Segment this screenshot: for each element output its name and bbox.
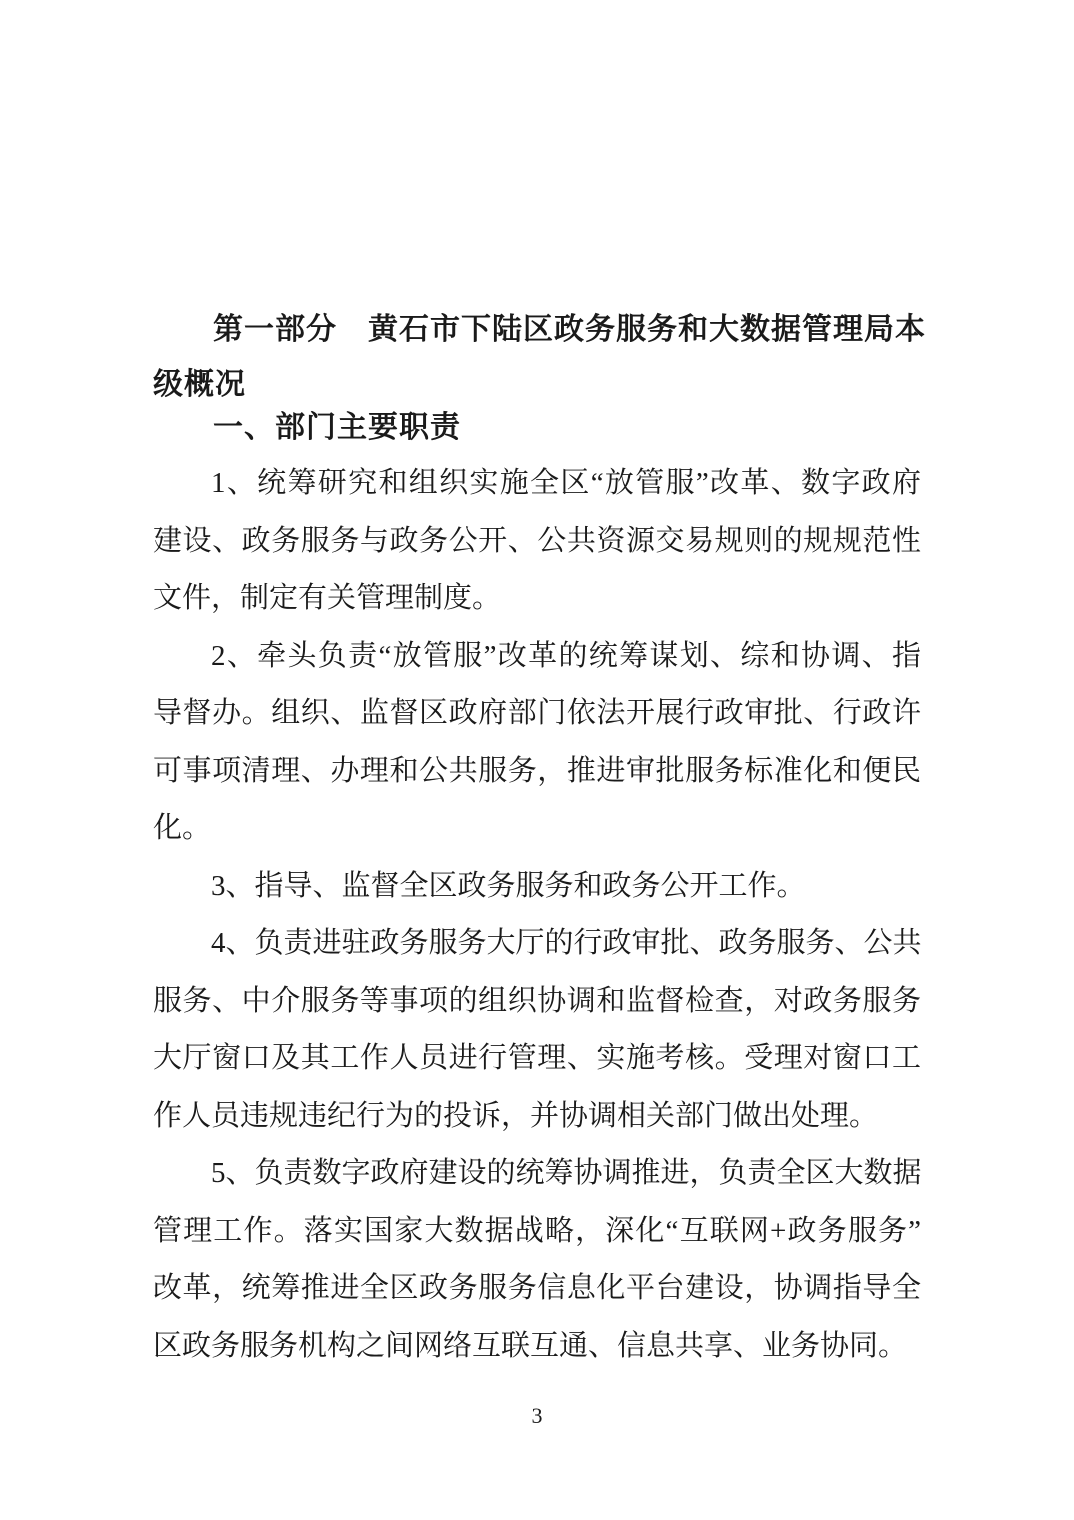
document-content: 第一部分 黄石市下陆区政务服务和大数据管理局本 级概况 一、部门主要职责 1、统… — [153, 302, 921, 1375]
body-paragraph: 5、负责数字政府建设的统筹协调推进，负责全区大数据 管理工作。落实国家大数据战略… — [153, 1145, 921, 1375]
document-page: 第一部分 黄石市下陆区政务服务和大数据管理局本 级概况 一、部门主要职责 1、统… — [0, 0, 1074, 1520]
paragraph-line: 3、指导、监督全区政务服务和政务公开工作。 — [153, 858, 921, 916]
paragraph-line: 建设、政务服务与政务公开、公共资源交易规则的规规范性 — [153, 513, 921, 571]
body-paragraph: 2、牵头负责“放管服”改革的统筹谋划、综和协调、指 导督办。组织、监督区政府部门… — [153, 628, 921, 858]
paragraph-line: 改革，统筹推进全区政务服务信息化平台建设，协调指导全 — [153, 1260, 921, 1318]
document-title: 第一部分 黄石市下陆区政务服务和大数据管理局本 级概况 — [153, 302, 921, 412]
section-heading: 一、部门主要职责 — [153, 400, 921, 455]
page-number: 3 — [0, 1403, 1074, 1429]
paragraph-line: 作人员违规违纪行为的投诉，并协调相关部门做出处理。 — [153, 1088, 921, 1146]
paragraph-line: 1、统筹研究和组织实施全区“放管服”改革、数字政府 — [153, 455, 921, 513]
title-line: 第一部分 黄石市下陆区政务服务和大数据管理局本 — [153, 302, 921, 357]
paragraph-line: 化。 — [153, 800, 921, 858]
paragraph-line: 4、负责进驻政务服务大厅的行政审批、政务服务、公共 — [153, 915, 921, 973]
paragraph-line: 可事项清理、办理和公共服务，推进审批服务标准化和便民 — [153, 743, 921, 801]
paragraph-line: 大厅窗口及其工作人员进行管理、实施考核。受理对窗口工 — [153, 1030, 921, 1088]
body-paragraph: 1、统筹研究和组织实施全区“放管服”改革、数字政府 建设、政务服务与政务公开、公… — [153, 455, 921, 628]
paragraph-line: 服务、中介服务等事项的组织协调和监督检查，对政务服务 — [153, 973, 921, 1031]
paragraph-line: 2、牵头负责“放管服”改革的统筹谋划、综和协调、指 — [153, 628, 921, 686]
body-paragraph: 3、指导、监督全区政务服务和政务公开工作。 — [153, 858, 921, 916]
paragraph-line: 5、负责数字政府建设的统筹协调推进，负责全区大数据 — [153, 1145, 921, 1203]
paragraph-line: 文件，制定有关管理制度。 — [153, 570, 921, 628]
paragraph-line: 区政务服务机构之间网络互联互通、信息共享、业务协同。 — [153, 1318, 921, 1376]
section-heading-text: 一、部门主要职责 — [153, 400, 921, 455]
paragraph-line: 导督办。组织、监督区政府部门依法开展行政审批、行政许 — [153, 685, 921, 743]
body-paragraph: 4、负责进驻政务服务大厅的行政审批、政务服务、公共 服务、中介服务等事项的组织协… — [153, 915, 921, 1145]
paragraph-line: 管理工作。落实国家大数据战略，深化“互联网+政务服务” — [153, 1203, 921, 1261]
